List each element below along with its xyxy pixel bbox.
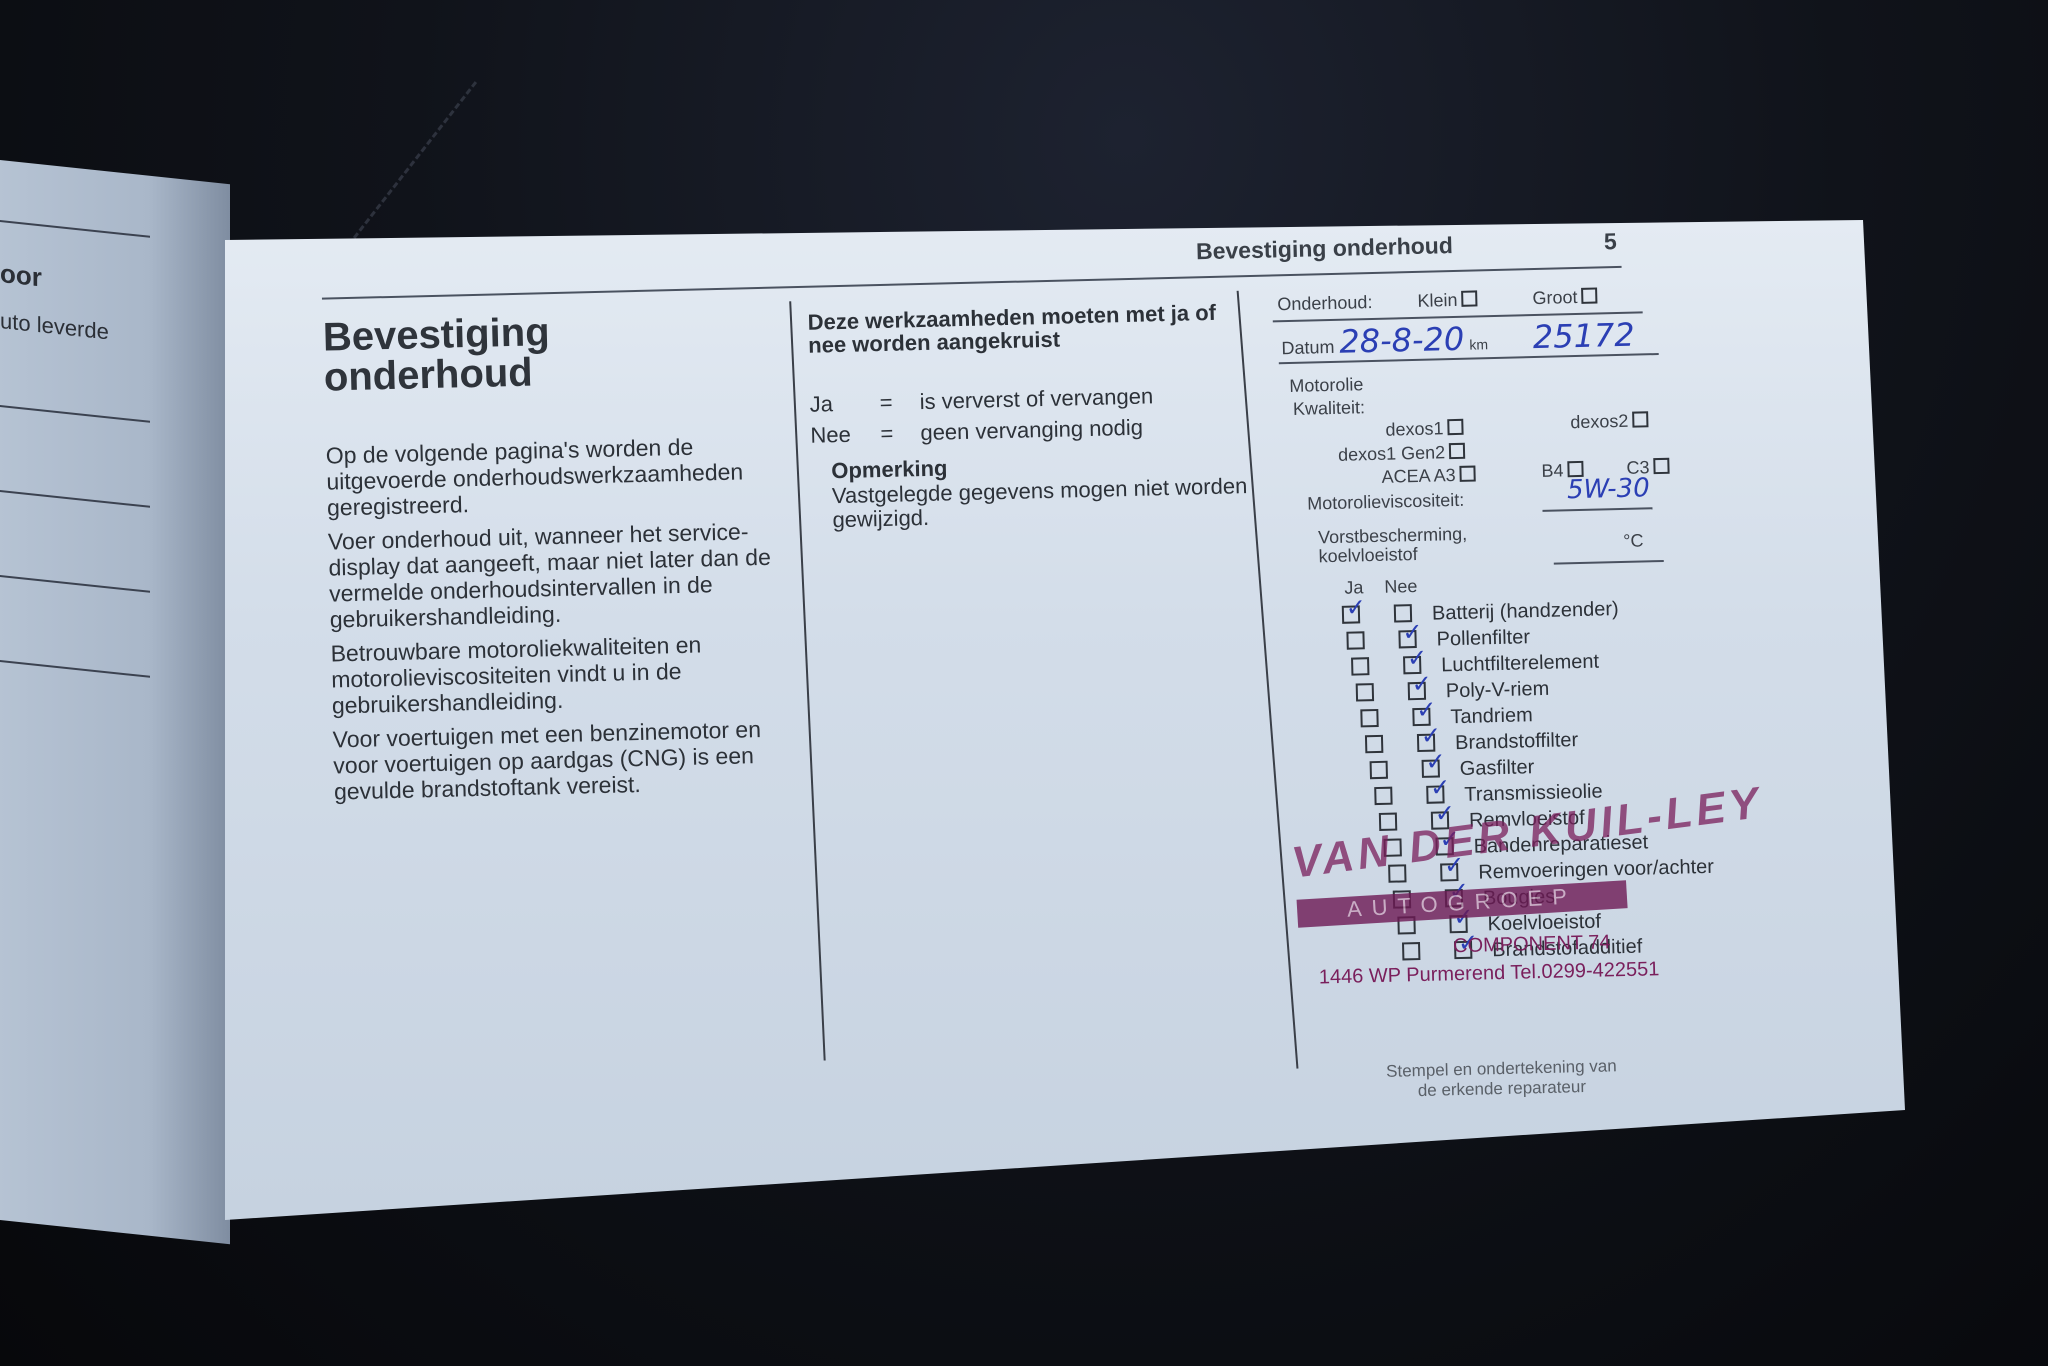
title-line-2: onderhoud	[323, 352, 551, 398]
ja-checkbox[interactable]	[1351, 657, 1369, 675]
ja-checkbox[interactable]	[1346, 631, 1364, 649]
checklist-item-label: Luchtfilterelement	[1441, 651, 1599, 677]
dexos2-checkbox[interactable]	[1632, 411, 1648, 427]
motorolie-label: Motorolie	[1289, 374, 1364, 397]
intro-paragraph: Op de volgende pagina's worden de uitgev…	[325, 431, 787, 520]
viscositeit-value[interactable]: 5W-30	[1567, 473, 1650, 505]
definition-equals: =	[879, 386, 920, 418]
datum-value[interactable]: 28-8-20	[1339, 320, 1465, 361]
nee-header: Nee	[1384, 576, 1418, 598]
dexos2-option: dexos2	[1570, 410, 1649, 433]
viscositeit-label: Motorolieviscositeit:	[1307, 490, 1465, 515]
definitions: Ja = is ververst of vervangen Nee = geen…	[809, 378, 1250, 451]
intro-column: Op de volgende pagina's worden de uitgev…	[325, 431, 794, 812]
ja-checkbox[interactable]	[1356, 683, 1374, 701]
ja-checkbox[interactable]	[1370, 761, 1388, 779]
c3-checkbox[interactable]	[1653, 458, 1669, 474]
viscositeit-rule	[1542, 507, 1652, 512]
stamp-city-phone: 1446 WP Purmerend Tel.0299-422551	[1319, 958, 1660, 989]
footer-line2: de erkende reparateur	[1386, 1076, 1617, 1102]
stamp-address: COMPONENT 74	[1453, 931, 1611, 958]
checklist-item-label: Brandstoffilter	[1455, 729, 1579, 754]
onderhoud-row: Onderhoud: Klein Groot	[1277, 286, 1598, 315]
definition-key: Ja	[809, 387, 880, 420]
stamp-signature-label: Stempel en ondertekening van de erkende …	[1386, 1056, 1618, 1102]
checklist-item: Poly-V-riem	[1356, 678, 1550, 706]
ja-checkbox[interactable]	[1374, 787, 1392, 805]
checklist-item: Batterij (handzender)	[1342, 598, 1619, 628]
vorst-label-line2: koelvloeistof	[1318, 544, 1467, 567]
dexos1-checkbox[interactable]	[1447, 419, 1463, 435]
km-value[interactable]: 25172	[1532, 316, 1635, 356]
vorst-label: Vorstbescherming, koelvloeistof	[1318, 525, 1468, 567]
left-rule	[0, 401, 150, 423]
dexos1-gen2-checkbox[interactable]	[1449, 443, 1465, 459]
klein-label: Klein	[1417, 290, 1458, 311]
left-rule	[0, 571, 150, 593]
intro-paragraph: Voor voertuigen met een benzinemotor en …	[332, 715, 794, 804]
onderhoud-label: Onderhoud:	[1277, 292, 1373, 314]
intro-paragraph: Voer onderhoud uit, wanneer het service-…	[328, 517, 790, 632]
dexos1-gen2-label: dexos1 Gen2	[1338, 442, 1446, 465]
checklist-item: Pollenfilter	[1346, 626, 1530, 653]
left-page: oor uto leverde	[0, 156, 230, 1244]
acea-a3-option: ACEA A3	[1381, 465, 1476, 488]
definition-equals: =	[880, 417, 921, 449]
checklist-item: Gasfilter	[1370, 756, 1535, 783]
dexos1-label: dexos1	[1385, 418, 1444, 439]
dexos1-option: dexos1	[1385, 418, 1464, 441]
checklist-item-label: Poly-V-riem	[1446, 678, 1550, 703]
checklist-item: Luchtfilterelement	[1351, 651, 1599, 680]
left-text-fragment: uto leverde	[0, 308, 109, 345]
datum-label: Datum	[1281, 337, 1334, 358]
ja-checkbox[interactable]	[1342, 605, 1360, 623]
ja-checkbox[interactable]	[1360, 709, 1378, 727]
checklist-item-label: Gasfilter	[1460, 756, 1535, 780]
page-title: Bevestiging onderhoud	[322, 312, 551, 398]
vorst-unit: °C	[1623, 530, 1644, 551]
page-content: Bevestiging onderhoud 5 Bevestiging onde…	[225, 179, 1929, 1220]
dexos2-label: dexos2	[1570, 411, 1629, 432]
running-head: Bevestiging onderhoud	[1196, 232, 1453, 265]
checklist-item: Brandstoffilter	[1365, 729, 1579, 757]
groot-label: Groot	[1532, 287, 1578, 308]
checklist-item-label: Tandriem	[1450, 704, 1533, 728]
intro-paragraph: Betrouwbare motoroliekwaliteiten en moto…	[330, 629, 792, 718]
vorst-rule	[1554, 560, 1664, 565]
left-rule	[0, 656, 150, 678]
instructions-column: Deze werkzaamheden moeten met ja of nee …	[807, 300, 1252, 533]
kwaliteit-label: Kwaliteit:	[1293, 397, 1366, 420]
left-rule	[0, 216, 150, 238]
page-number: 5	[1604, 228, 1617, 255]
groot-checkbox[interactable]	[1581, 287, 1597, 303]
ja-checkbox[interactable]	[1365, 735, 1383, 753]
checklist-item-label: Pollenfilter	[1436, 626, 1530, 650]
note-body: Vastgelegde gegevens mogen niet worden g…	[832, 474, 1253, 532]
klein-checkbox[interactable]	[1461, 290, 1477, 306]
instructions-title: Deze werkzaamheden moeten met ja of nee …	[807, 300, 1248, 357]
km-label: km	[1469, 336, 1488, 352]
left-rule	[0, 486, 150, 508]
column-divider	[1237, 291, 1299, 1069]
acea-a3-label: ACEA A3	[1381, 465, 1456, 487]
b4-label: B4	[1541, 460, 1564, 481]
acea-a3-checkbox[interactable]	[1459, 466, 1475, 482]
left-heading-fragment: oor	[0, 258, 42, 293]
dexos1-gen2-option: dexos1 Gen2	[1338, 442, 1466, 466]
definition-value: geen vervanging nodig	[920, 412, 1143, 448]
ja-checkbox[interactable]	[1402, 942, 1420, 960]
checklist-item: Tandriem	[1360, 704, 1533, 731]
checklist-item-label: Batterij (handzender)	[1432, 598, 1619, 625]
maintenance-form: Onderhoud: Klein Groot Datum 28-8-20 km …	[1272, 284, 1692, 294]
definition-key: Nee	[810, 418, 881, 451]
